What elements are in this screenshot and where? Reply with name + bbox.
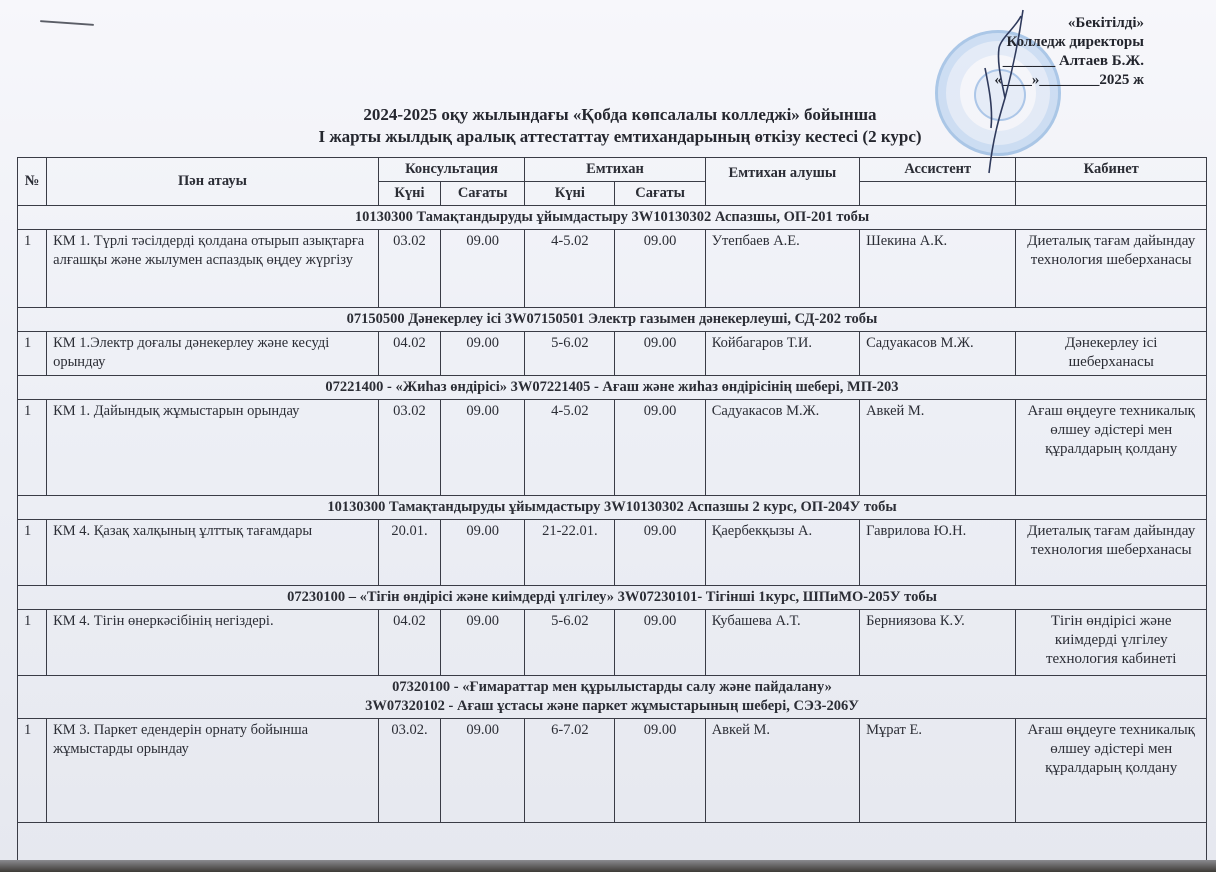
table-row: 1 КМ 1. Дайындық жұмыстарын орындау 03.0… xyxy=(18,400,1207,496)
signature-icon xyxy=(975,8,1035,178)
header-no: № xyxy=(18,158,47,206)
group-header: 07230100 – «Тігін өндірісі және киімдерд… xyxy=(18,586,1207,610)
row-no: 1 xyxy=(18,610,47,676)
row-exam-day: 6-7.02 xyxy=(525,719,615,823)
row-examiner: Кубашева А.Т. xyxy=(705,610,859,676)
row-exam-time: 09.00 xyxy=(615,610,705,676)
row-exam-day: 4-5.02 xyxy=(525,230,615,308)
desk-edge xyxy=(0,860,1216,872)
row-assistant: Мұрат Е. xyxy=(860,719,1016,823)
group-title: 10130300 Тамақтандыруды ұйымдастыру 3W10… xyxy=(18,496,1207,520)
row-consult-day: 04.02 xyxy=(378,610,440,676)
row-subject: КМ 3. Паркет едендерін орнату бойынша жұ… xyxy=(47,719,379,823)
title-line-2: І жарты жылдық аралық аттестаттау емтиха… xyxy=(200,126,1040,148)
row-consult-time: 09.00 xyxy=(441,719,525,823)
row-subject: КМ 1. Түрлі тәсілдерді қолдана отырып аз… xyxy=(47,230,379,308)
row-cabinet: Диеталық тағам дайындау технология шебер… xyxy=(1016,520,1207,586)
pen-mark xyxy=(40,20,94,26)
row-consult-day: 03.02 xyxy=(378,400,440,496)
row-cabinet: Диеталық тағам дайындау технология шебер… xyxy=(1016,230,1207,308)
title-line-1: 2024-2025 оқу жылындағы «Қобда көпсалалы… xyxy=(200,104,1040,126)
row-assistant: Гаврилова Ю.Н. xyxy=(860,520,1016,586)
group-title: 07221400 - «Жиһаз өндірісі» 3W07221405 -… xyxy=(18,376,1207,400)
header-assistant-empty xyxy=(860,182,1016,206)
document-page: «Бекітілді» Колледж директоры _______ Ал… xyxy=(0,0,1216,872)
table-row: 1 КМ 4. Тігін өнеркәсібінің негіздері. 0… xyxy=(18,610,1207,676)
row-consult-time: 09.00 xyxy=(441,332,525,376)
group-header: 10130300 Тамақтандыруды ұйымдастыру 3W10… xyxy=(18,496,1207,520)
row-consult-time: 09.00 xyxy=(441,230,525,308)
group-title: 07150500 Дәнекерлеу ісі 3W07150501 Элект… xyxy=(18,308,1207,332)
empty-row xyxy=(18,823,1207,864)
row-consult-day: 04.02 xyxy=(378,332,440,376)
row-exam-time: 09.00 xyxy=(615,400,705,496)
row-cabinet: Дәнекерлеу ісі шеберханасы xyxy=(1016,332,1207,376)
row-exam-day: 4-5.02 xyxy=(525,400,615,496)
row-consult-time: 09.00 xyxy=(441,400,525,496)
header-exam-time: Сағаты xyxy=(615,182,705,206)
row-cabinet: Ағаш өңдеуге техникалық өлшеу әдістері м… xyxy=(1016,400,1207,496)
group-title: 07230100 – «Тігін өндірісі және киімдерд… xyxy=(18,586,1207,610)
table-row: 1 КМ 1. Түрлі тәсілдерді қолдана отырып … xyxy=(18,230,1207,308)
row-examiner: Койбагаров Т.И. xyxy=(705,332,859,376)
row-consult-time: 09.00 xyxy=(441,520,525,586)
group-header: 07320100 - «Ғимараттар мен құрылыстарды … xyxy=(18,676,1207,719)
row-subject: КМ 4. Тігін өнеркәсібінің негіздері. xyxy=(47,610,379,676)
row-exam-time: 09.00 xyxy=(615,230,705,308)
row-no: 1 xyxy=(18,230,47,308)
row-examiner: Садуакасов М.Ж. xyxy=(705,400,859,496)
row-assistant: Берниязова К.У. xyxy=(860,610,1016,676)
table-row: 1 КМ 4. Қазақ халқының ұлттық тағамдары … xyxy=(18,520,1207,586)
row-examiner: Утепбаев А.Е. xyxy=(705,230,859,308)
row-cabinet: Ағаш өңдеуге техникалық өлшеу әдістері м… xyxy=(1016,719,1207,823)
group-title: 10130300 Тамақтандыруды ұйымдастыру 3W10… xyxy=(18,206,1207,230)
row-exam-day: 21-22.01. xyxy=(525,520,615,586)
table-row: 1 КМ 1.Электр доғалы дәнекерлеу және кес… xyxy=(18,332,1207,376)
header-subject: Пән атауы xyxy=(47,158,379,206)
header-consult-time: Сағаты xyxy=(441,182,525,206)
header-cabinet-empty xyxy=(1016,182,1207,206)
row-exam-time: 09.00 xyxy=(615,520,705,586)
row-subject: КМ 1.Электр доғалы дәнекерлеу және кесуд… xyxy=(47,332,379,376)
group-header: 10130300 Тамақтандыруды ұйымдастыру 3W10… xyxy=(18,206,1207,230)
header-examiner: Емтихан алушы xyxy=(705,158,859,206)
row-examiner: Авкей М. xyxy=(705,719,859,823)
header-consultation: Консультация xyxy=(378,158,524,182)
row-exam-day: 5-6.02 xyxy=(525,610,615,676)
row-subject: КМ 4. Қазақ халқының ұлттық тағамдары xyxy=(47,520,379,586)
row-exam-time: 09.00 xyxy=(615,332,705,376)
row-no: 1 xyxy=(18,719,47,823)
header-exam-day: Күні xyxy=(525,182,615,206)
header-exam: Емтихан xyxy=(525,158,705,182)
row-no: 1 xyxy=(18,400,47,496)
header-consult-day: Күні xyxy=(378,182,440,206)
row-assistant: Шекина А.К. xyxy=(860,230,1016,308)
row-no: 1 xyxy=(18,520,47,586)
group-header: 07150500 Дәнекерлеу ісі 3W07150501 Элект… xyxy=(18,308,1207,332)
row-assistant: Авкей М. xyxy=(860,400,1016,496)
row-examiner: Қаербекқызы А. xyxy=(705,520,859,586)
row-consult-day: 03.02 xyxy=(378,230,440,308)
row-exam-time: 09.00 xyxy=(615,719,705,823)
row-exam-day: 5-6.02 xyxy=(525,332,615,376)
row-subject: КМ 1. Дайындық жұмыстарын орындау xyxy=(47,400,379,496)
header-cabinet: Кабинет xyxy=(1016,158,1207,182)
exam-schedule-table: № Пән атауы Консультация Емтихан Емтихан… xyxy=(17,157,1207,864)
group-subtitle: 3W07320102 - Ағаш ұстасы және паркет жұм… xyxy=(24,697,1200,716)
row-no: 1 xyxy=(18,332,47,376)
row-assistant: Садуакасов М.Ж. xyxy=(860,332,1016,376)
group-title-block: 07320100 - «Ғимараттар мен құрылыстарды … xyxy=(18,676,1207,719)
group-title: 07320100 - «Ғимараттар мен құрылыстарды … xyxy=(24,678,1200,697)
row-consult-day: 03.02. xyxy=(378,719,440,823)
row-consult-time: 09.00 xyxy=(441,610,525,676)
group-header: 07221400 - «Жиһаз өндірісі» 3W07221405 -… xyxy=(18,376,1207,400)
row-cabinet: Тігін өндірісі және киімдерді үлгілеу те… xyxy=(1016,610,1207,676)
row-consult-day: 20.01. xyxy=(378,520,440,586)
document-title: 2024-2025 оқу жылындағы «Қобда көпсалалы… xyxy=(200,104,1040,148)
empty-cell xyxy=(18,823,1207,864)
table-row: 1 КМ 3. Паркет едендерін орнату бойынша … xyxy=(18,719,1207,823)
